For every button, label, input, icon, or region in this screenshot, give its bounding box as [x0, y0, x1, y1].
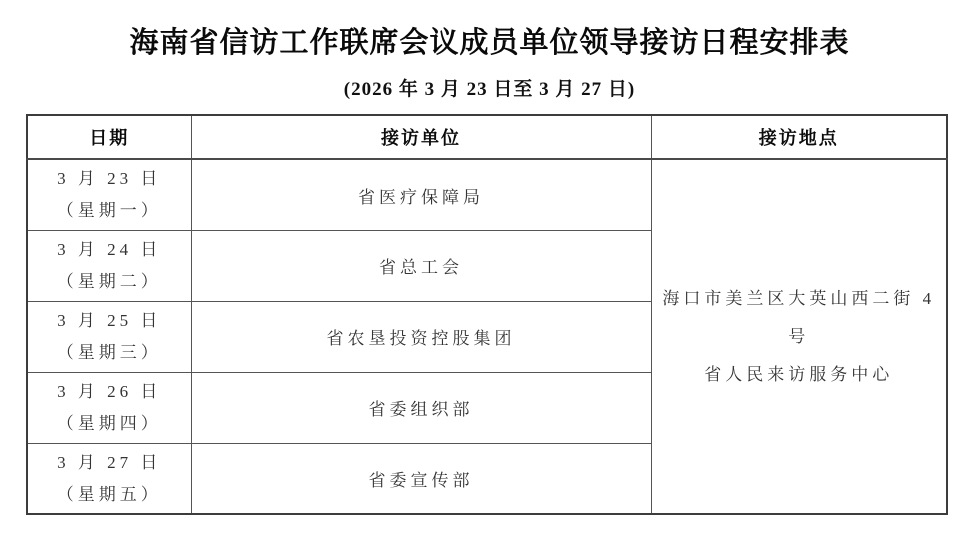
date-text: 3 月 25 日	[28, 305, 191, 337]
weekday-text: （星期五）	[28, 479, 191, 511]
weekday-text: （星期一）	[28, 195, 191, 227]
date-cell: 3 月 25 日 （星期三）	[27, 301, 191, 372]
page: 海南省信访工作联席会议成员单位领导接访日程安排表 (2026 年 3 月 23 …	[0, 0, 979, 535]
header-location: 接访地点	[651, 115, 947, 159]
location-line2: 省人民来访服务中心	[652, 356, 947, 394]
date-text: 3 月 27 日	[28, 447, 191, 479]
location-line1: 海口市美兰区大英山西二街 4 号	[652, 280, 947, 356]
document-title: 海南省信访工作联席会议成员单位领导接访日程安排表	[0, 0, 979, 60]
date-text: 3 月 23 日	[28, 163, 191, 195]
schedule-table: 日期 接访单位 接访地点 3 月 23 日 （星期一） 省医疗保障局 海口市美兰…	[26, 114, 948, 515]
unit-cell: 省总工会	[191, 230, 651, 301]
unit-cell: 省委组织部	[191, 372, 651, 443]
weekday-text: （星期二）	[28, 266, 191, 298]
date-cell: 3 月 27 日 （星期五）	[27, 443, 191, 514]
unit-cell: 省农垦投资控股集团	[191, 301, 651, 372]
weekday-text: （星期三）	[28, 337, 191, 369]
header-row: 日期 接访单位 接访地点	[27, 115, 947, 159]
date-cell: 3 月 26 日 （星期四）	[27, 372, 191, 443]
location-cell: 海口市美兰区大英山西二街 4 号 省人民来访服务中心	[651, 159, 947, 514]
unit-cell: 省医疗保障局	[191, 159, 651, 230]
date-text: 3 月 26 日	[28, 376, 191, 408]
date-cell: 3 月 23 日 （星期一）	[27, 159, 191, 230]
weekday-text: （星期四）	[28, 408, 191, 440]
date-text: 3 月 24 日	[28, 234, 191, 266]
date-cell: 3 月 24 日 （星期二）	[27, 230, 191, 301]
unit-cell: 省委宣传部	[191, 443, 651, 514]
document-subtitle: (2026 年 3 月 23 日至 3 月 27 日)	[0, 74, 979, 101]
header-date: 日期	[27, 115, 191, 159]
table-row: 3 月 23 日 （星期一） 省医疗保障局 海口市美兰区大英山西二街 4 号 省…	[27, 159, 947, 230]
header-unit: 接访单位	[191, 115, 651, 159]
